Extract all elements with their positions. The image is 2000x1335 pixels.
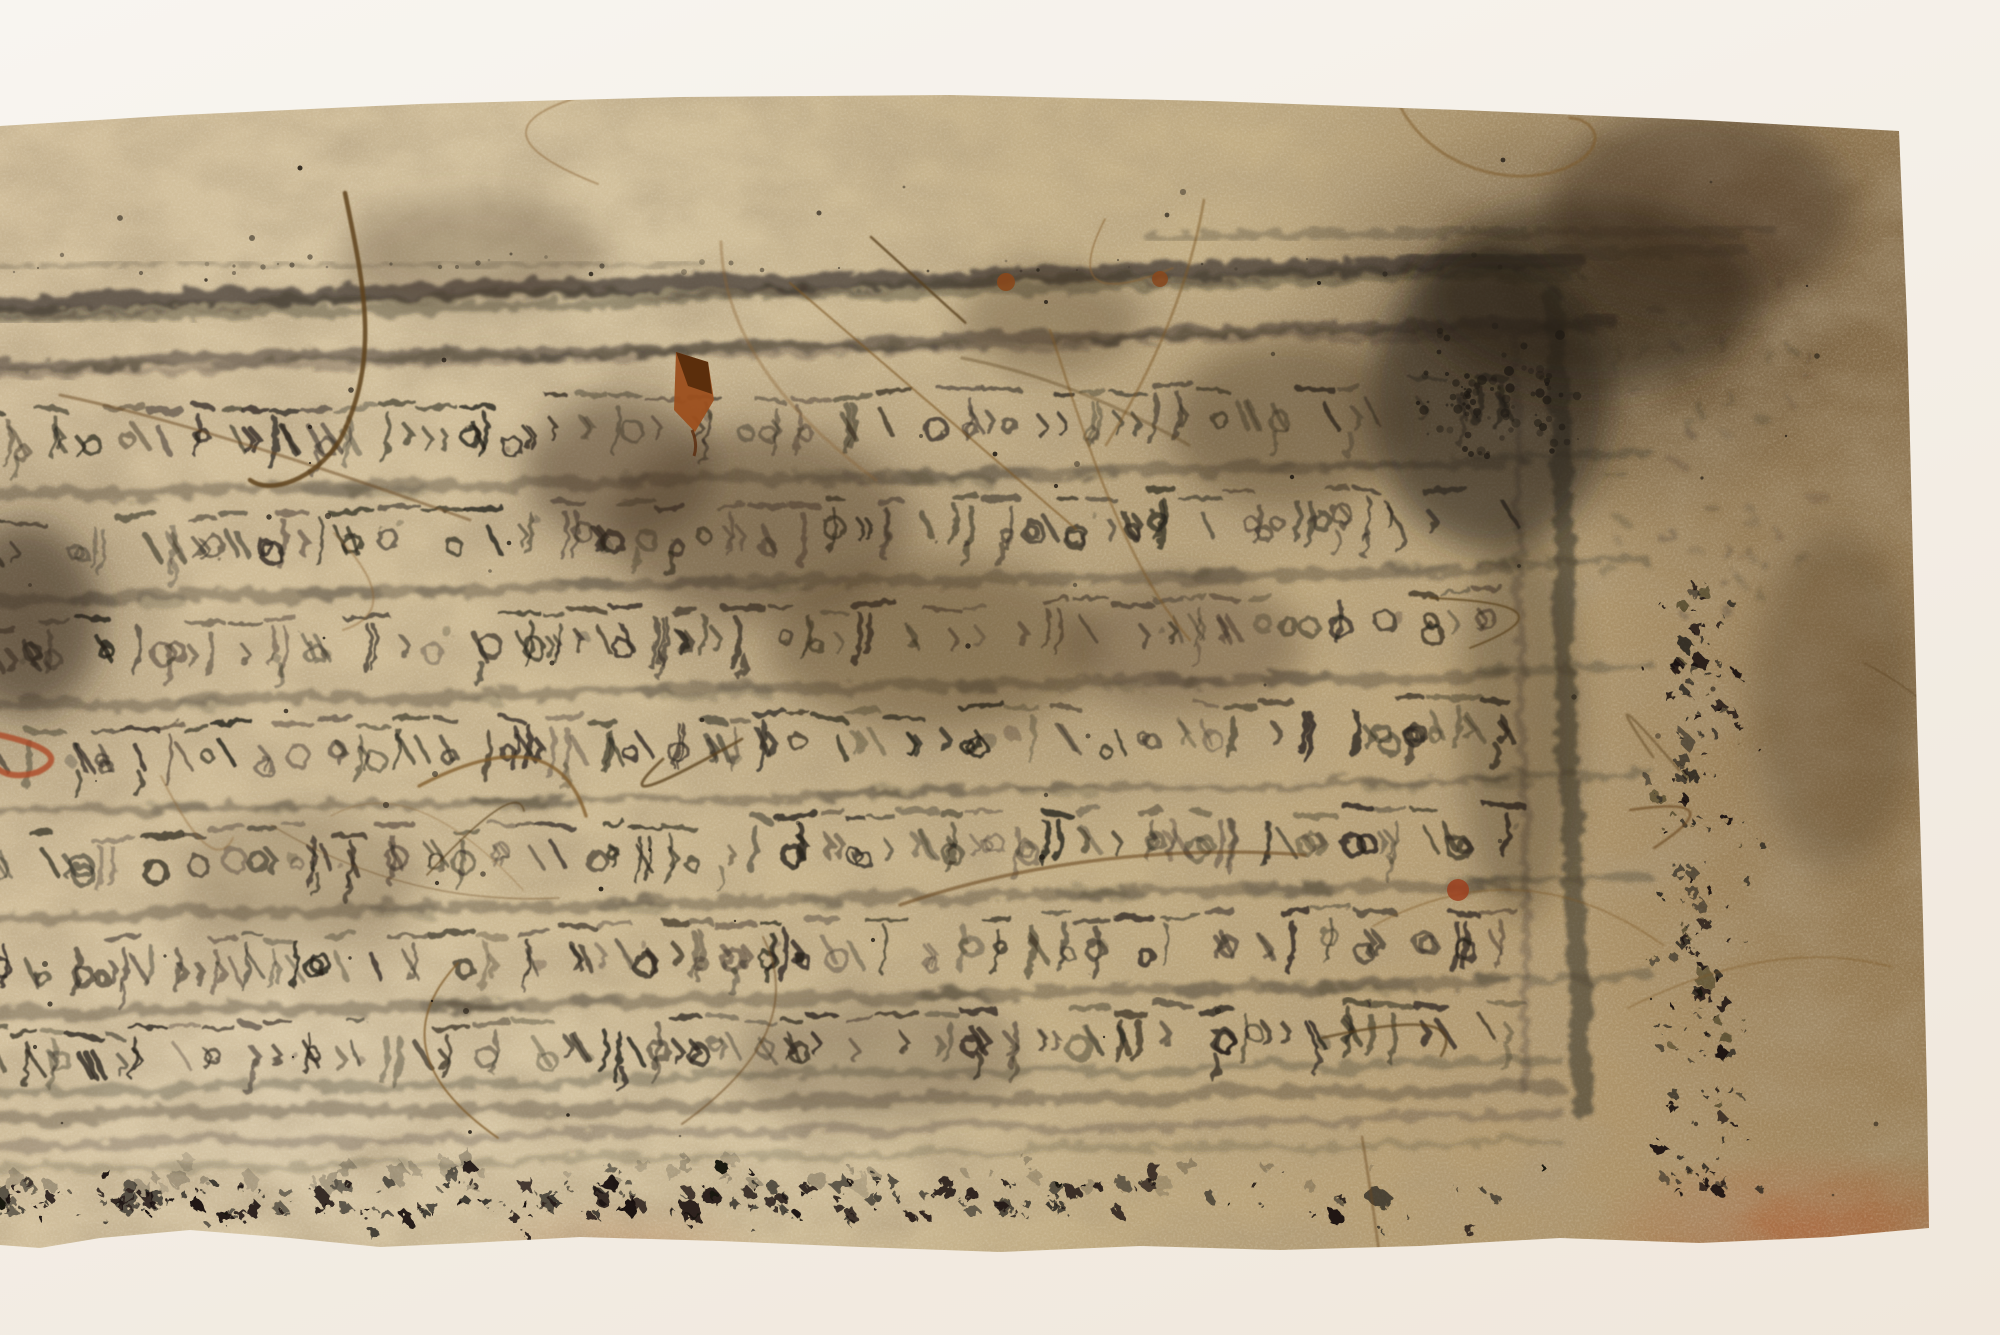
manuscript-leaf [0,0,2000,1335]
resin-chip [1447,879,1469,901]
resin-chip [997,273,1015,291]
photograph: Photograph of an aged woodblock-printed … [0,0,2000,1335]
resin-chip [1152,271,1168,287]
manuscript-artwork [0,0,2000,1335]
